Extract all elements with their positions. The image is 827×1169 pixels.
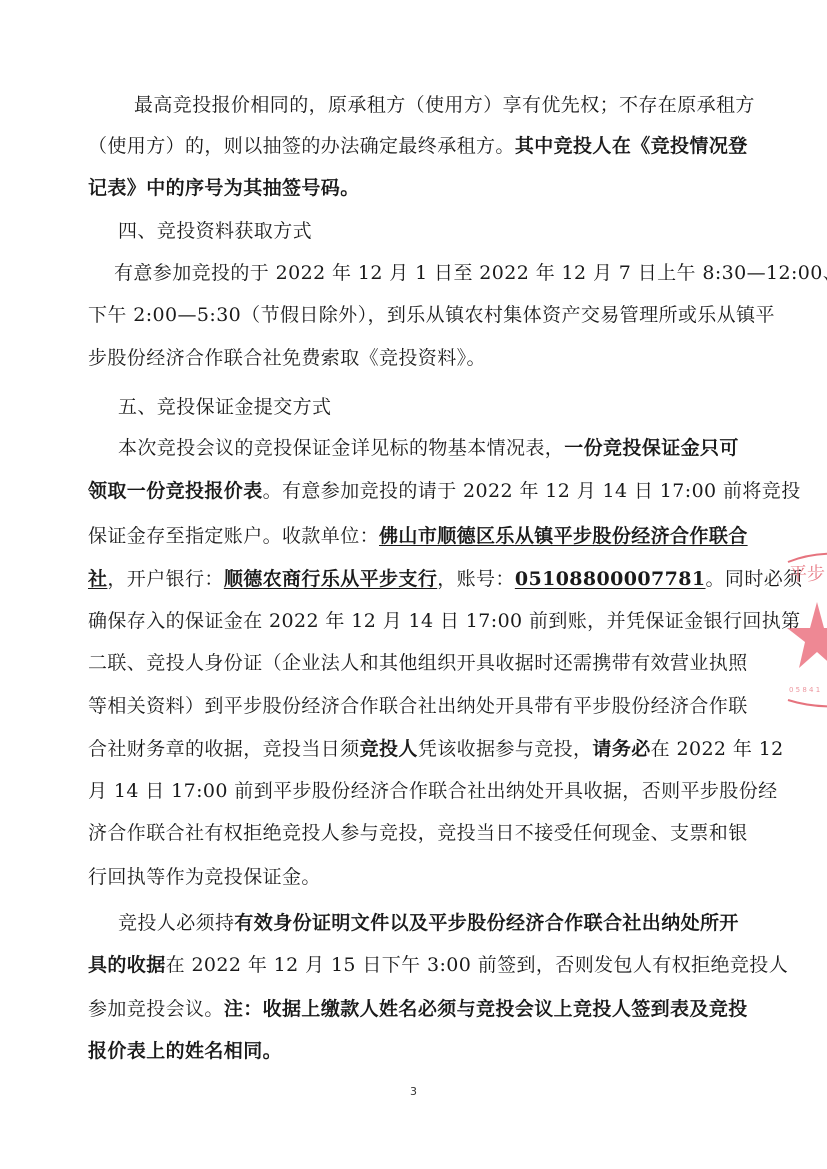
seal-text: 平步	[789, 564, 825, 585]
text-line: 济合作联合社有权拒绝竞投人参与竞投，竞投当日不接受任何现金、支票和银	[88, 818, 756, 848]
text-segment: 最高竞投报价相同的，原承租方（使用方）享有优先权；不存在原承租方	[134, 94, 755, 116]
text-segment: 行回执等作为竞投保证金。	[88, 866, 321, 888]
text-line: 二联、竞投人身份证（企业法人和其他组织开具收据时还需携带有效营业执照	[88, 648, 756, 678]
text-segment: 二联、竞投人身份证（企业法人和其他组织开具收据时还需携带有效营业执照	[88, 652, 748, 674]
text-segment: ，账号：	[437, 568, 515, 590]
underlined-text: 佛山市顺德区乐从镇平步股份经济合作联合	[379, 525, 748, 547]
bold-text: 有效身份证明文件以及平步股份经济合作联合社出纳处所开	[234, 912, 738, 934]
bold-text: 竞投人	[360, 738, 418, 760]
text-segment: 等相关资料）到平步股份经济合作联合社出纳处开具带有平步股份经济合作联	[88, 695, 748, 717]
text-line: 四、竞投资料获取方式	[118, 216, 756, 246]
page-number: 3	[0, 1085, 827, 1098]
text-line: 五、竞投保证金提交方式	[118, 392, 756, 422]
text-segment: 济合作联合社有权拒绝竞投人参与竞投，竞投当日不接受任何现金、支票和银	[88, 822, 748, 844]
text-segment: 凭该收据参与竞投，	[418, 738, 593, 760]
text-line: 具的收据在 2022 年 12 月 15 日下午 3:00 前签到，否则发包人有…	[88, 950, 756, 980]
underlined-text: 05108800007781	[515, 568, 706, 590]
text-line: 报价表上的姓名相同。	[88, 1036, 756, 1066]
text-line: 本次竞投会议的竞投保证金详见标的物基本情况表，一份竞投保证金只可	[118, 433, 756, 463]
text-segment: 在 2022 年 12	[651, 738, 784, 760]
bold-text: 记表》中的序号为其抽签号码。	[88, 177, 360, 199]
bold-text: 一份竞投保证金只可	[564, 437, 739, 459]
text-segment: 确保存入的保证金在 2022 年 12 月 14 日 17:00 前到账，并凭保…	[88, 610, 801, 632]
text-line: 竞投人必须持有效身份证明文件以及平步股份经济合作联合社出纳处所开	[118, 908, 756, 938]
bold-text: 报价表上的姓名相同。	[88, 1040, 282, 1062]
text-line: 社，开户银行：顺德农商行乐从平步支行，账号：05108800007781。同时必…	[88, 564, 756, 594]
text-line: 等相关资料）到平步股份经济合作联合社出纳处开具带有平步股份经济合作联	[88, 691, 756, 721]
text-line: 有意参加竞投的于 2022 年 12 月 1 日至 2022 年 12 月 7 …	[114, 258, 756, 288]
text-segment: （使用方）的，则以抽签的办法确定最终承租方。	[88, 135, 515, 157]
text-segment: 。有意参加竞投的请于 2022 年 12 月 14 日 17:00 前将竞投	[263, 480, 801, 502]
text-segment: 在 2022 年 12 月 15 日下午 3:00 前签到，否则发包人有权拒绝竞…	[166, 954, 789, 976]
text-line: （使用方）的，则以抽签的办法确定最终承租方。其中竞投人在《竞投情况登	[88, 131, 756, 161]
bold-text: 具的收据	[88, 954, 166, 976]
text-line: 行回执等作为竞投保证金。	[88, 862, 756, 892]
underlined-text: 社	[88, 568, 107, 590]
text-line: 合社财务章的收据，竞投当日须竞投人凭该收据参与竞投，请务必在 2022 年 12	[88, 734, 756, 764]
underlined-text: 顺德农商行乐从平步支行	[224, 568, 437, 590]
text-line: 确保存入的保证金在 2022 年 12 月 14 日 17:00 前到账，并凭保…	[88, 606, 756, 636]
text-segment: 本次竞投会议的竞投保证金详见标的物基本情况表，	[118, 437, 564, 459]
text-line: 领取一份竞投报价表。有意参加竞投的请于 2022 年 12 月 14 日 17:…	[88, 476, 756, 506]
text-segment: ，开户银行：	[107, 568, 223, 590]
bold-text: 注：收据上缴款人姓名必须与竞投会议上竞投人签到表及竞投	[224, 998, 748, 1020]
text-segment: 五、竞投保证金提交方式	[118, 396, 331, 418]
text-line: 步股份经济合作联合社免费索取《竞投资料》。	[88, 343, 756, 373]
text-line: 下午 2:00—5:30（节假日除外），到乐从镇农村集体资产交易管理所或乐从镇平	[88, 300, 756, 330]
seal-star-icon	[787, 602, 827, 668]
document-page: 最高竞投报价相同的，原承租方（使用方）享有优先权；不存在原承租方（使用方）的，则…	[0, 0, 827, 1169]
bold-text: 领取一份竞投报价表	[88, 480, 263, 502]
text-segment: 有意参加竞投的于 2022 年 12 月 1 日至 2022 年 12 月 7 …	[114, 262, 827, 284]
text-line: 记表》中的序号为其抽签号码。	[88, 173, 756, 203]
text-line: 保证金存至指定账户。收款单位：佛山市顺德区乐从镇平步股份经济合作联合	[88, 521, 756, 551]
text-segment: 四、竞投资料获取方式	[118, 220, 312, 242]
text-line: 最高竞投报价相同的，原承租方（使用方）享有优先权；不存在原承租方	[134, 90, 756, 120]
text-segment: 参加竞投会议。	[88, 998, 224, 1020]
text-line: 月 14 日 17:00 前到平步股份经济合作联合社出纳处开具收据，否则平步股份…	[88, 776, 756, 806]
official-seal-stamp: 平步 0 5 8 4 1	[783, 540, 827, 720]
bold-text: 其中竞投人在《竞投情况登	[515, 135, 748, 157]
svg-text:0 5 8 4 1: 0 5 8 4 1	[789, 686, 820, 694]
text-segment: 月 14 日 17:00 前到平步股份经济合作联合社出纳处开具收据，否则平步股份…	[88, 780, 778, 802]
text-line: 参加竞投会议。注：收据上缴款人姓名必须与竞投会议上竞投人签到表及竞投	[88, 994, 756, 1024]
text-segment: 步股份经济合作联合社免费索取《竞投资料》。	[88, 347, 486, 369]
bold-text: 请务必	[592, 738, 650, 760]
text-segment: 保证金存至指定账户。收款单位：	[88, 525, 379, 547]
text-segment: 合社财务章的收据，竞投当日须	[88, 738, 360, 760]
text-segment: 下午 2:00—5:30（节假日除外），到乐从镇农村集体资产交易管理所或乐从镇平	[88, 304, 775, 326]
text-segment: 竞投人必须持	[118, 912, 234, 934]
